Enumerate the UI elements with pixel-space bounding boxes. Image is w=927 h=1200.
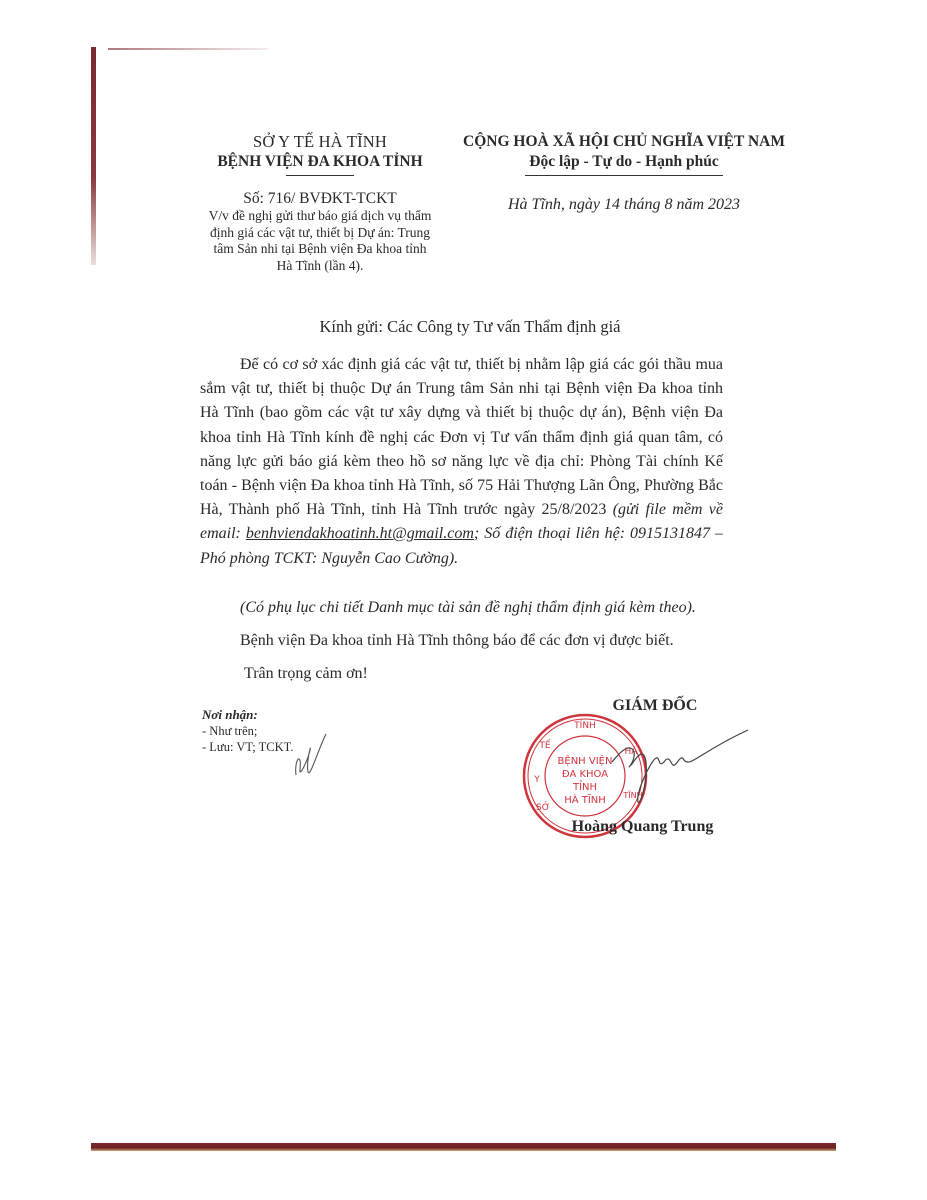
motto-underline: [525, 175, 723, 176]
body-main-text: Để có cơ sở xác định giá các vật tư, thi…: [200, 356, 723, 518]
body-paragraph: Để có cơ sở xác định giá các vật tư, thi…: [200, 353, 723, 571]
svg-text:Y: Y: [533, 775, 540, 785]
handwritten-signature-icon: [610, 722, 750, 812]
recipients-block: Nơi nhận: - Như trên; - Lưu: VT; TCKT.: [202, 707, 294, 755]
department-name: SỞ Y TẾ HÀ TĨNH: [180, 132, 460, 152]
issuer-header: SỞ Y TẾ HÀ TĨNH BỆNH VIỆN ĐA KHOA TỈNH S…: [180, 132, 460, 274]
header-underline: [286, 175, 354, 176]
scan-border-top: [108, 48, 268, 50]
document-number: Số: 716/ BVĐKT-TCKT: [180, 189, 460, 208]
recipient-item: - Lưu: VT; TCKT.: [202, 739, 294, 755]
national-header: CỘNG HOÀ XÃ HỘI CHỦ NGHĨA VIỆT NAM Độc l…: [444, 132, 804, 214]
signatory-name: Hoàng Quang Trung: [555, 818, 730, 836]
svg-text:BỆNH VIỆN: BỆNH VIỆN: [558, 754, 613, 767]
scan-border-bottom: [91, 1143, 836, 1151]
svg-text:SỞ: SỞ: [536, 801, 550, 813]
document-subject: V/v đề nghị gửi thư báo giá dịch vụ thẩm…: [205, 208, 435, 274]
svg-text:TẾ: TẾ: [538, 739, 550, 751]
place-date: Hà Tĩnh, ngày 14 tháng 8 năm 2023: [444, 196, 804, 214]
email-link[interactable]: benhviendakhoatinh.ht@gmail.com: [246, 525, 474, 542]
initials-mark-icon: [288, 730, 328, 780]
salutation: Kính gửi: Các Công ty Tư vấn Thẩm định g…: [190, 317, 750, 337]
appendix-note: (Có phụ lục chi tiết Danh mục tài sản đề…: [240, 599, 696, 617]
organization-name: BỆNH VIỆN ĐA KHOA TỈNH: [180, 152, 460, 172]
svg-text:HÀ TĨNH: HÀ TĨNH: [564, 793, 606, 806]
closing-thanks: Trân trọng cảm ơn!: [244, 665, 368, 683]
recipients-title: Nơi nhận:: [202, 707, 294, 723]
national-motto: Độc lập - Tự do - Hạnh phúc: [444, 152, 804, 172]
scan-border-left: [91, 47, 96, 265]
recipient-item: - Như trên;: [202, 723, 294, 739]
svg-text:ĐA KHOA: ĐA KHOA: [562, 769, 608, 780]
svg-text:TỈNH: TỈNH: [572, 779, 597, 793]
svg-text:TỈNH: TỈNH: [573, 719, 596, 731]
nation-title: CỘNG HOÀ XÃ HỘI CHỦ NGHĨA VIỆT NAM: [444, 132, 804, 152]
notice-line: Bệnh viện Đa khoa tỉnh Hà Tĩnh thông báo…: [240, 632, 674, 650]
